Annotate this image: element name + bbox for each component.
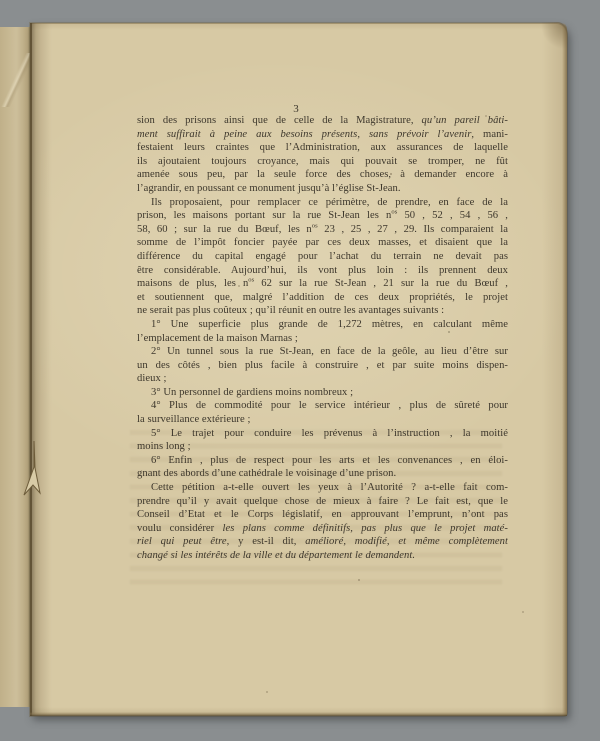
text-line: riel qui peut être, y est-il dit, amélio… — [137, 535, 508, 549]
text-line: l’emplacement de la maison Marnas ; — [137, 332, 508, 346]
text-line: et soutiennent que, malgré l’addition de… — [137, 291, 508, 305]
text-line: prendre qu’il y avait quelque chose de m… — [137, 495, 508, 509]
text-line: sion des prisons ainsi que de celle de l… — [137, 114, 508, 128]
text-line: être considérable. Aujourd’hui, ils vont… — [137, 264, 508, 278]
text-line: changé si les intérêts de la ville et du… — [137, 549, 508, 563]
book-page: 3 sion des prisons ainsi que de celle de… — [30, 23, 567, 716]
text-line: dieux ; — [137, 372, 508, 386]
text-line: Ils proposaient, pour remplacer ce périm… — [137, 196, 508, 210]
text-line: 1° Une superficie plus grande de 1,272 m… — [137, 318, 508, 332]
scan-background: 3 sion des prisons ainsi que de celle de… — [0, 0, 600, 741]
text-line: 58, 60 ; sur la rue du Bœuf, les nos 23 … — [137, 223, 508, 237]
text-line: Conseil d’Etat et le Corps législatif, e… — [137, 508, 508, 522]
text-line: ne serait pas plus coûteux ; qu’il réuni… — [137, 304, 508, 318]
corner-wear — [540, 22, 568, 50]
text-line: 5° Le trajet pour conduire les prévenus … — [137, 427, 508, 441]
text-line: 2° Un tunnel sous la rue St-Jean, en fac… — [137, 345, 508, 359]
text-line: Cette pétition a-t-elle ouvert les yeux … — [137, 481, 508, 495]
text-line: voulu considérer les plans comme définit… — [137, 522, 508, 536]
text-line: l’agrandir, en poussant ce monument jusq… — [137, 182, 508, 196]
text-line: amenée sous peu, par la seule force des … — [137, 168, 508, 182]
page-text: sion des prisons ainsi que de celle de l… — [137, 114, 508, 563]
page-bottom-edge — [30, 712, 567, 716]
text-line: la surveillance extérieure ; — [137, 413, 508, 427]
text-line: 4° Plus de commodité pour le service int… — [137, 399, 508, 413]
underlying-page-edge — [0, 27, 30, 707]
text-line: un des côtés , bien plus facile à constr… — [137, 359, 508, 373]
text-line: ment suffirait à peine aux besoins prése… — [137, 128, 508, 142]
text-line: gnant des abords d’une cathédrale le voi… — [137, 467, 508, 481]
binding-gutter — [30, 23, 52, 716]
binding-thread-icon — [20, 441, 48, 499]
text-line: prison, les maisons portant sur la rue S… — [137, 209, 508, 223]
text-line: 6° Enfin , plus de respect pour les arts… — [137, 454, 508, 468]
text-line: différence du capital engagé pour l’acha… — [137, 250, 508, 264]
text-line: 3° Un personnel de gardiens moins nombre… — [137, 386, 508, 400]
text-line: ils ajoutaient toujours croyance, mais q… — [137, 155, 508, 169]
text-line: festaient leurs craintes que l’Administr… — [137, 141, 508, 155]
text-line: somme de l’impôt foncier payée par ces d… — [137, 236, 508, 250]
dust-specks — [30, 23, 32, 25]
text-line: moins long ; — [137, 440, 508, 454]
paper-crease — [0, 53, 34, 107]
text-line: maisons de plus, les nos 62 sur la rue S… — [137, 277, 508, 291]
page-right-edge — [562, 23, 567, 716]
